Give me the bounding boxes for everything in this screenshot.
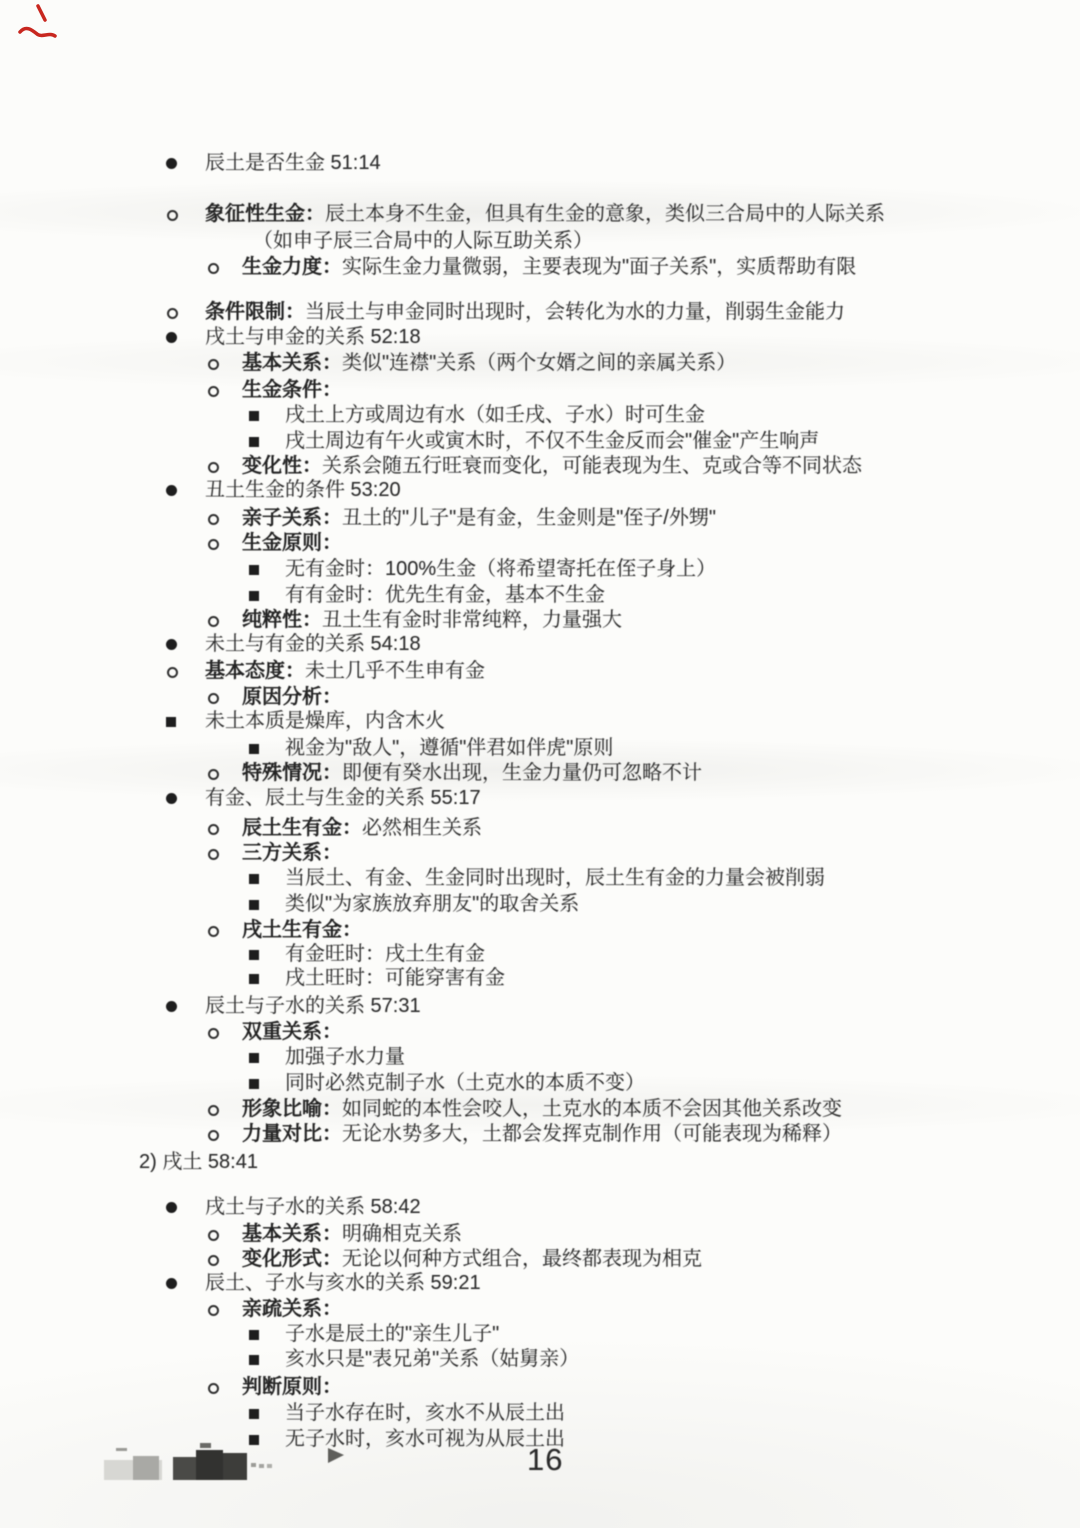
bullet-circle-icon [208,849,219,860]
bullet-circle-icon [208,514,219,525]
line-label: 基本关系： [242,352,342,374]
line-text: 无子水时，亥水可视为从辰土出 [285,1428,565,1450]
line-label: 变化形式： [242,1248,342,1270]
bullet-disc-icon [166,639,177,650]
bullet-square-icon [249,411,259,421]
line-label: 纯粹性： [242,609,322,631]
list-item-continuation: （如申子辰三合局中的人际互助关系） [0,228,1080,256]
line-text: 关系会随五行旺衰而变化，可能表现为生、克或合等不同状态 [322,455,862,477]
line-label: 变化性： [242,455,322,477]
line-label: 条件限制： [205,301,305,323]
bullet-circle-icon [208,386,219,397]
line-text: 戌土周边有午火或寅木时，不仅不生金反而会"催金"产生响声 [285,430,819,452]
bullet-circle-icon [208,769,219,780]
list-item: 未土本质是燥库，内含木火 [0,708,1080,736]
cursor-triangle-icon [328,1448,344,1463]
list-item: 生金力度：实际生金力量微弱，主要表现为"面子关系"，实质帮助有限 [0,254,1080,282]
bullet-square-icon [249,437,259,447]
list-item: 力量对比：无论水势多大，土都会发挥克制作用（可能表现为稀释） [0,1121,1080,1149]
list-item: 戌土上方或周边有水（如壬戌、子水）时可生金 [0,402,1080,430]
line-text: 辰土与子水的关系 57:31 [205,995,421,1017]
bullet-square-icon [249,950,259,960]
list-item: 基本态度：未土几乎不生申有金 [0,658,1080,686]
bullet-circle-icon [208,462,219,473]
list-item: 辰土生有金：必然相生关系 [0,815,1080,843]
bullet-square-icon [249,1053,259,1063]
list-item: 视金为"敌人"，遵循"伴君如伴虎"原则 [0,735,1080,763]
list-item: 基本关系：明确相克关系 [0,1221,1080,1249]
document-content: 辰土是否生金 51:14 象征性生金：辰土本身不生金，但具有生金的意象，类似三合… [0,0,1080,1528]
line-text: 有有金时：优先生有金，基本不生金 [285,584,605,606]
bullet-circle-icon [208,616,219,627]
bullet-square-icon [249,974,259,984]
line-text: 类似"连襟"关系（两个女婿之间的亲属关系） [342,352,736,374]
bullet-square-icon [249,1409,259,1419]
line-text: 辰土是否生金 51:14 [205,152,381,174]
list-item: 戌土旺时：可能穿害有金 [0,965,1080,993]
list-item: 子水是辰土的"亲生儿子" [0,1321,1080,1349]
list-item: 象征性生金：辰土本身不生金，但具有生金的意象，类似三合局中的人际关系 [0,201,1080,229]
bullet-square-icon [249,1079,259,1089]
list-item: 辰土与子水的关系 57:31 [0,993,1080,1021]
list-item: 特殊情况：即便有癸水出现，生金力量仍可忽略不计 [0,760,1080,788]
line-text: 丑土生金的条件 53:20 [205,479,401,501]
list-item: 未土与有金的关系 54:18 [0,631,1080,659]
line-text: 亥水只是"表兄弟"关系（姑舅亲） [285,1348,579,1370]
list-item: 辰土是否生金 51:14 [0,150,1080,178]
line-text: 有金旺时：戌土生有金 [285,943,485,965]
scan-artifact [251,1463,256,1467]
list-item: 戌土与子水的关系 58:42 [0,1194,1080,1222]
scan-artifact-cutoff-text [196,1450,223,1480]
bullet-disc-icon [166,485,177,496]
bullet-circle-icon [167,210,178,221]
line-text: （如申子辰三合局中的人际互助关系） [253,230,593,252]
bullet-disc-icon [166,793,177,804]
bullet-circle-icon [208,1105,219,1116]
scan-artifact [259,1464,264,1468]
bullet-disc-icon [166,158,177,169]
bullet-circle-icon [208,1130,219,1141]
line-label: 象征性生金： [205,203,325,225]
line-text: 实际生金力量微弱，主要表现为"面子关系"，实质帮助有限 [342,256,856,278]
line-label: 基本态度： [205,660,305,682]
bullet-disc-icon [166,1278,177,1289]
line-text: 即便有癸水出现，生金力量仍可忽略不计 [342,762,702,784]
bullet-circle-icon [208,1255,219,1266]
bullet-disc-icon [166,1001,177,1012]
list-item: 三方关系： [0,840,1080,868]
line-text: 当辰土与申金同时出现时，会转化为水的力量，削弱生金能力 [305,301,845,323]
list-item: 条件限制：当辰土与申金同时出现时，会转化为水的力量，削弱生金能力 [0,299,1080,327]
list-item-numbered: 2) 戌土 58:41 [0,1149,1080,1177]
list-item: 加强子水力量 [0,1044,1080,1072]
scan-artifact-cutoff-text [223,1453,247,1480]
list-item: 辰土、子水与亥水的关系 59:21 [0,1270,1080,1298]
line-text: 必然相生关系 [362,817,482,839]
line-label: 形象比喻： [242,1098,342,1120]
scan-artifact [200,1443,211,1448]
list-item: 戌土与申金的关系 52:18 [0,324,1080,352]
line-text: 戌土与申金的关系 52:18 [205,326,421,348]
line-text: 2) 戌土 58:41 [139,1151,258,1173]
line-text: 辰土本身不生金，但具有生金的意象，类似三合局中的人际关系 [325,203,885,225]
scan-artifact-cutoff-text [173,1457,196,1480]
line-label: 力量对比： [242,1123,342,1145]
bullet-square-icon [249,744,259,754]
scan-artifact [116,1448,127,1451]
line-text: 加强子水力量 [285,1046,405,1068]
bullet-circle-icon [208,824,219,835]
line-text: 丑土的"儿子"是有金，生金则是"侄子/外甥" [342,507,716,529]
bullet-circle-icon [167,667,178,678]
line-label: 基本关系： [242,1223,342,1245]
line-text: 无论水势多大，土都会发挥克制作用（可能表现为稀释） [342,1123,842,1145]
line-text: 当子水存在时，亥水不从辰土出 [285,1402,565,1424]
line-label: 生金条件： [242,379,342,401]
line-label: 双重关系： [242,1021,342,1043]
line-label: 生金原则： [242,532,342,554]
bullet-square-icon [249,591,259,601]
bullet-disc-icon [166,1202,177,1213]
list-item: 当辰土、有金、生金同时出现时，辰土生有金的力量会被削弱 [0,865,1080,893]
line-label: 戌土生有金： [242,919,362,941]
list-item: 双重关系： [0,1019,1080,1047]
line-text: 未土与有金的关系 54:18 [205,633,421,655]
line-text: 有金、辰土与生金的关系 55:17 [205,787,481,809]
line-label: 三方关系： [242,842,342,864]
list-item: 有金、辰土与生金的关系 55:17 [0,785,1080,813]
line-text: 辰土、子水与亥水的关系 59:21 [205,1272,481,1294]
bullet-square-icon [249,900,259,910]
bullet-square-icon [249,565,259,575]
list-item: 丑土生金的条件 53:20 [0,477,1080,505]
list-item: 无有金时：100%生金（将希望寄托在侄子身上） [0,556,1080,584]
bullet-circle-icon [208,359,219,370]
document-page: 辰土是否生金 51:14 象征性生金：辰土本身不生金，但具有生金的意象，类似三合… [0,0,1080,1528]
page-number: 16 [527,1442,563,1478]
line-text: 丑土生有金时非常纯粹，力量强大 [322,609,622,631]
scan-artifact [133,1456,159,1480]
bullet-circle-icon [208,1230,219,1241]
line-text: 戌土上方或周边有水（如壬戌、子水）时可生金 [285,404,705,426]
bullet-circle-icon [208,926,219,937]
line-label: 特殊情况： [242,762,342,784]
list-item: 戌土周边有午火或寅木时，不仅不生金反而会"催金"产生响声 [0,428,1080,456]
line-text: 未土几乎不生申有金 [305,660,485,682]
line-text: 同时必然克制子水（土克水的本质不变） [285,1072,645,1094]
bullet-square-icon [249,1435,259,1445]
scan-artifact [267,1464,272,1468]
bullet-circle-icon [208,539,219,550]
list-item: 生金原则： [0,530,1080,558]
line-label: 亲子关系： [242,507,342,529]
bullet-circle-icon [167,308,178,319]
list-item: 亥水只是"表兄弟"关系（姑舅亲） [0,1346,1080,1374]
bullet-square-icon [249,874,259,884]
bullet-circle-icon [208,263,219,274]
line-label: 判断原则： [242,1376,342,1398]
line-text: 无有金时：100%生金（将希望寄托在侄子身上） [285,558,716,580]
bullet-square-icon [166,717,176,727]
list-item: 亲子关系：丑土的"儿子"是有金，生金则是"侄子/外甥" [0,505,1080,533]
bullet-circle-icon [208,1028,219,1039]
list-item: 同时必然克制子水（土克水的本质不变） [0,1070,1080,1098]
line-text: 如同蛇的本性会咬人，土克水的本质不会因其他关系改变 [342,1098,842,1120]
line-text: 无论以何种方式组合，最终都表现为相克 [342,1248,702,1270]
list-item: 生金条件： [0,377,1080,405]
list-item: 形象比喻：如同蛇的本性会咬人，土克水的本质不会因其他关系改变 [0,1096,1080,1124]
bullet-disc-icon [166,332,177,343]
list-item: 当子水存在时，亥水不从辰土出 [0,1400,1080,1428]
list-item: 基本关系：类似"连襟"关系（两个女婿之间的亲属关系） [0,350,1080,378]
line-text: 视金为"敌人"，遵循"伴君如伴虎"原则 [285,737,613,759]
list-item: 判断原则： [0,1374,1080,1402]
line-label: 亲疏关系： [242,1298,342,1320]
line-text: 未土本质是燥库，内含木火 [205,710,445,732]
line-label: 辰土生有金： [242,817,362,839]
bullet-square-icon [249,1355,259,1365]
list-item: 亲疏关系： [0,1296,1080,1324]
line-text: 明确相克关系 [342,1223,462,1245]
bullet-square-icon [249,1330,259,1340]
line-label: 原因分析： [242,686,342,708]
bullet-circle-icon [208,1305,219,1316]
bullet-circle-icon [208,693,219,704]
line-label: 生金力度： [242,256,342,278]
list-item: 类似"为家族放弃朋友"的取舍关系 [0,891,1080,919]
list-item: 有有金时：优先生有金，基本不生金 [0,582,1080,610]
line-text: 戌土旺时：可能穿害有金 [285,967,505,989]
bullet-circle-icon [208,1383,219,1394]
line-text: 子水是辰土的"亲生儿子" [285,1323,499,1345]
line-text: 当辰土、有金、生金同时出现时，辰土生有金的力量会被削弱 [285,867,825,889]
line-text: 戌土与子水的关系 58:42 [205,1196,421,1218]
line-text: 类似"为家族放弃朋友"的取舍关系 [285,893,579,915]
